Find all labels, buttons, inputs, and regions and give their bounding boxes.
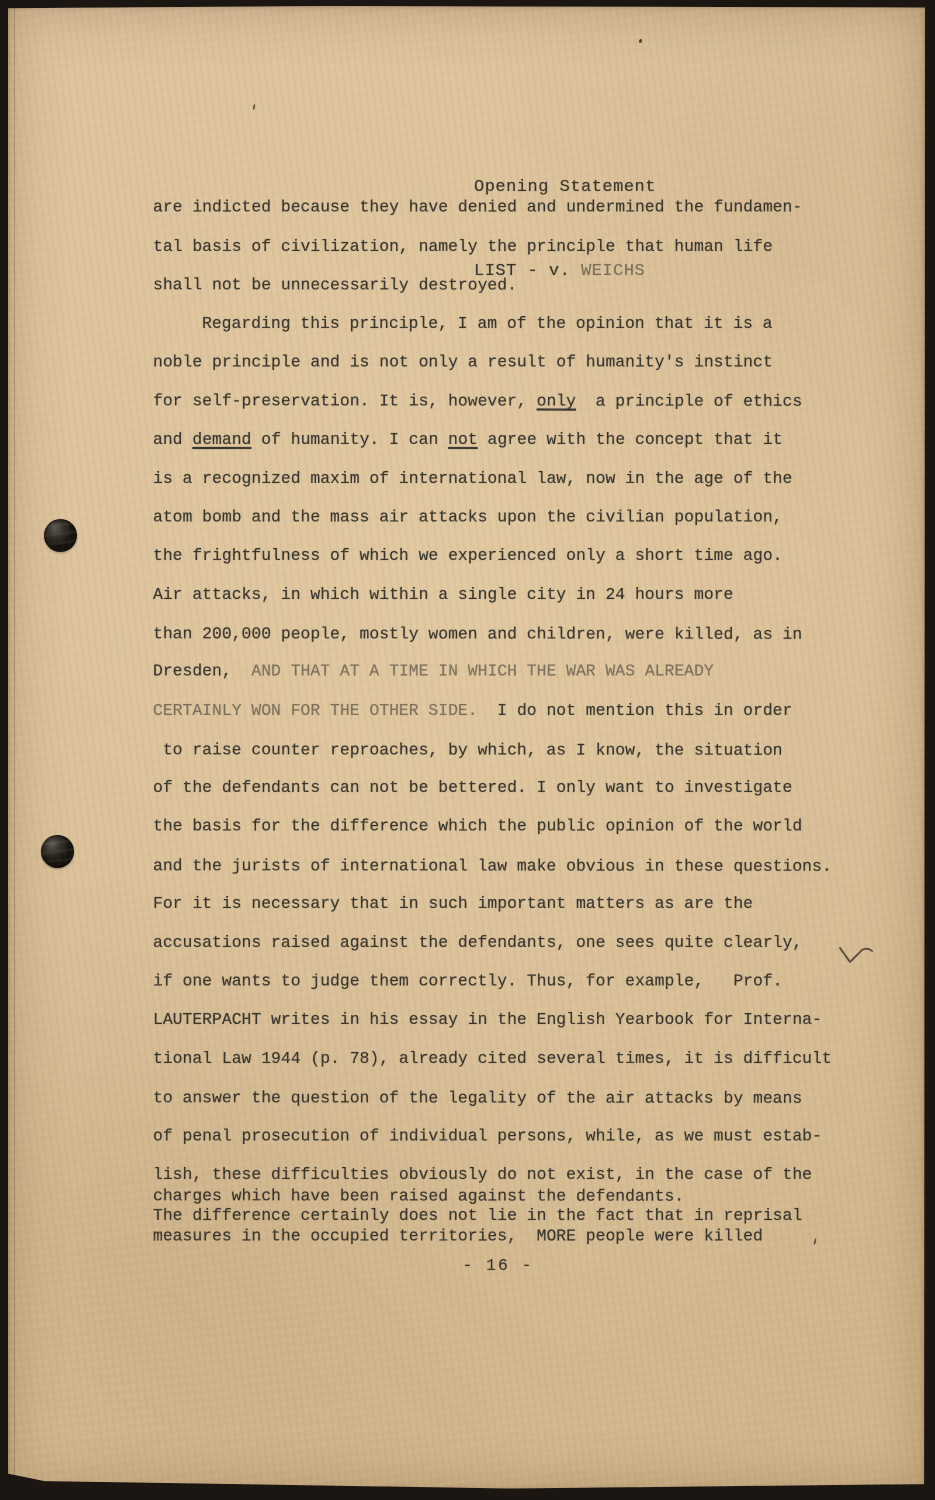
typed-line: if one wants to judge them correctly. Th… (153, 962, 843, 1001)
typed-line: accusations raised against the defendant… (153, 924, 843, 963)
page-number: - 16 - (153, 1256, 843, 1275)
typed-line: For it is necessary that in such importa… (153, 885, 843, 924)
typed-line: than 200,000 people, mostly women and ch… (153, 615, 843, 654)
typed-line: is a recognized maxim of international l… (153, 460, 843, 499)
typed-line: of the defendants can not be bettered. I… (153, 769, 843, 808)
typed-line: measures in the occupied territories, MO… (153, 1226, 843, 1247)
typed-line: to raise counter reproaches, by which, a… (153, 731, 843, 770)
scanned-document-page: { "document": { "header": { "line1": "Op… (0, 0, 935, 1500)
typed-line: The difference certainly does not lie in… (153, 1206, 843, 1227)
typed-line: LAUTERPACHT writes in his essay in the E… (153, 1001, 843, 1040)
typed-line: the basis for the difference which the p… (153, 808, 843, 847)
typed-line: of penal prosecution of individual perso… (153, 1117, 843, 1156)
typed-line: atom bomb and the mass air attacks upon … (153, 498, 843, 537)
typed-line: and the jurists of international law mak… (153, 847, 843, 886)
typed-line: CERTAINLY WON FOR THE OTHER SIDE. I do n… (153, 692, 843, 731)
typed-line: for self-preservation. It is, however, o… (153, 383, 843, 422)
typed-line: to answer the question of the legality o… (153, 1079, 843, 1118)
paper-sheet: Opening Statement LIST - v. WEICHS are i… (8, 6, 925, 1490)
punch-hole-top (44, 519, 77, 552)
typed-body: are indicted because they have denied an… (153, 189, 843, 1247)
typed-line: and demand of humanity. I can not agree … (153, 421, 843, 460)
typed-line: Regarding this principle, I am of the op… (153, 305, 843, 344)
pen-mark (836, 934, 884, 981)
typed-line: Air attacks, in which within a single ci… (153, 576, 843, 615)
paper-speck (252, 104, 255, 110)
typed-line: lish, these difficulties obviously do no… (153, 1165, 843, 1186)
typed-line: tional Law 1944 (p. 78), already cited s… (153, 1040, 843, 1079)
typed-line: charges which have been raised against t… (153, 1186, 843, 1207)
punch-hole-bottom (41, 835, 74, 868)
typed-line: shall not be unnecessarily destroyed. (153, 267, 843, 306)
paper-speck (638, 39, 642, 44)
typed-line: are indicted because they have denied an… (153, 189, 843, 228)
typed-line: Dresden, AND THAT AT A TIME IN WHICH THE… (153, 653, 843, 692)
typed-line: the frightfulness of which we experience… (153, 537, 843, 576)
typed-line: tal basis of civilization, namely the pr… (153, 228, 843, 267)
typed-line: noble principle and is not only a result… (153, 343, 843, 382)
